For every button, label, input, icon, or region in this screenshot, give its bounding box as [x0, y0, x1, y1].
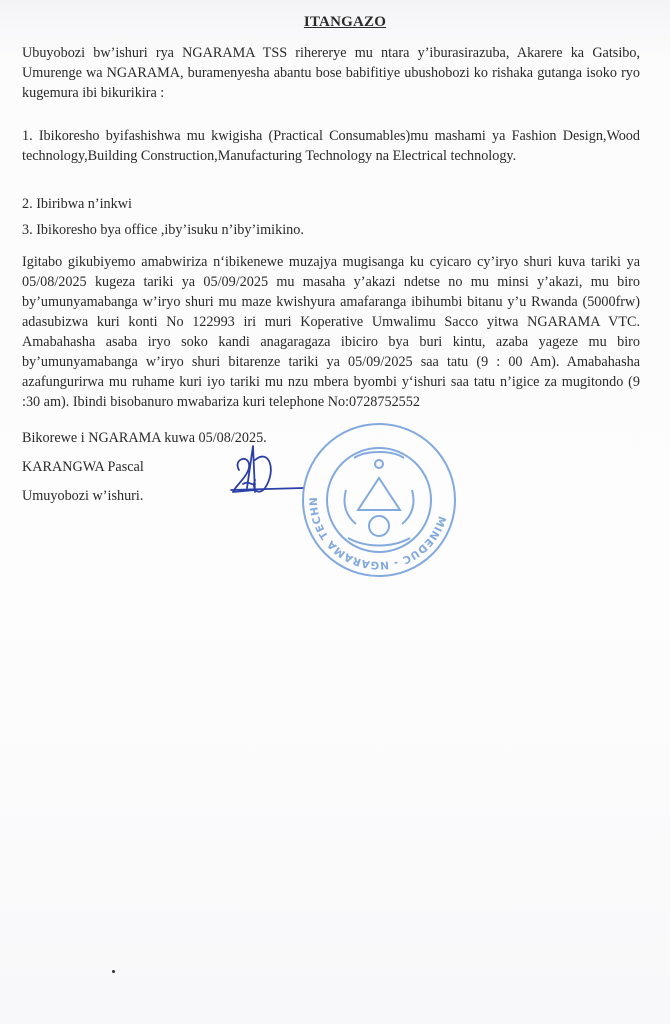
svg-text:MINEDUC - NGARAMA TECHNICAL SE: MINEDUC - NGARAMA TECHNICAL SECONDARY SC… [296, 420, 448, 571]
document-title: ITANGAZO [0, 14, 670, 31]
school-stamp-icon: MINEDUC - NGARAMA TECHNICAL SECONDARY SC… [296, 420, 462, 580]
list-item: 3. Ibikoresho bya office ,iby’isuku n’ib… [22, 220, 640, 240]
list-item: 2. Ibiribwa n’inkwi [22, 194, 640, 214]
intro-paragraph: Ubuyobozi bw’ishuri rya NGARAMA TSS rihe… [22, 43, 640, 103]
list-item: 1. Ibikoresho byifashishwa mu kwigisha (… [22, 126, 640, 166]
main-paragraph: Igitabo gikubiyemo amabwiriza n‘ibikenew… [22, 252, 640, 412]
document-page: ITANGAZO Ubuyobozi bw’ishuri rya NGARAMA… [0, 0, 670, 1024]
scan-speck [112, 970, 115, 973]
stamp-text: MINEDUC - NGARAMA TECHNICAL SECONDARY SC… [296, 420, 448, 571]
